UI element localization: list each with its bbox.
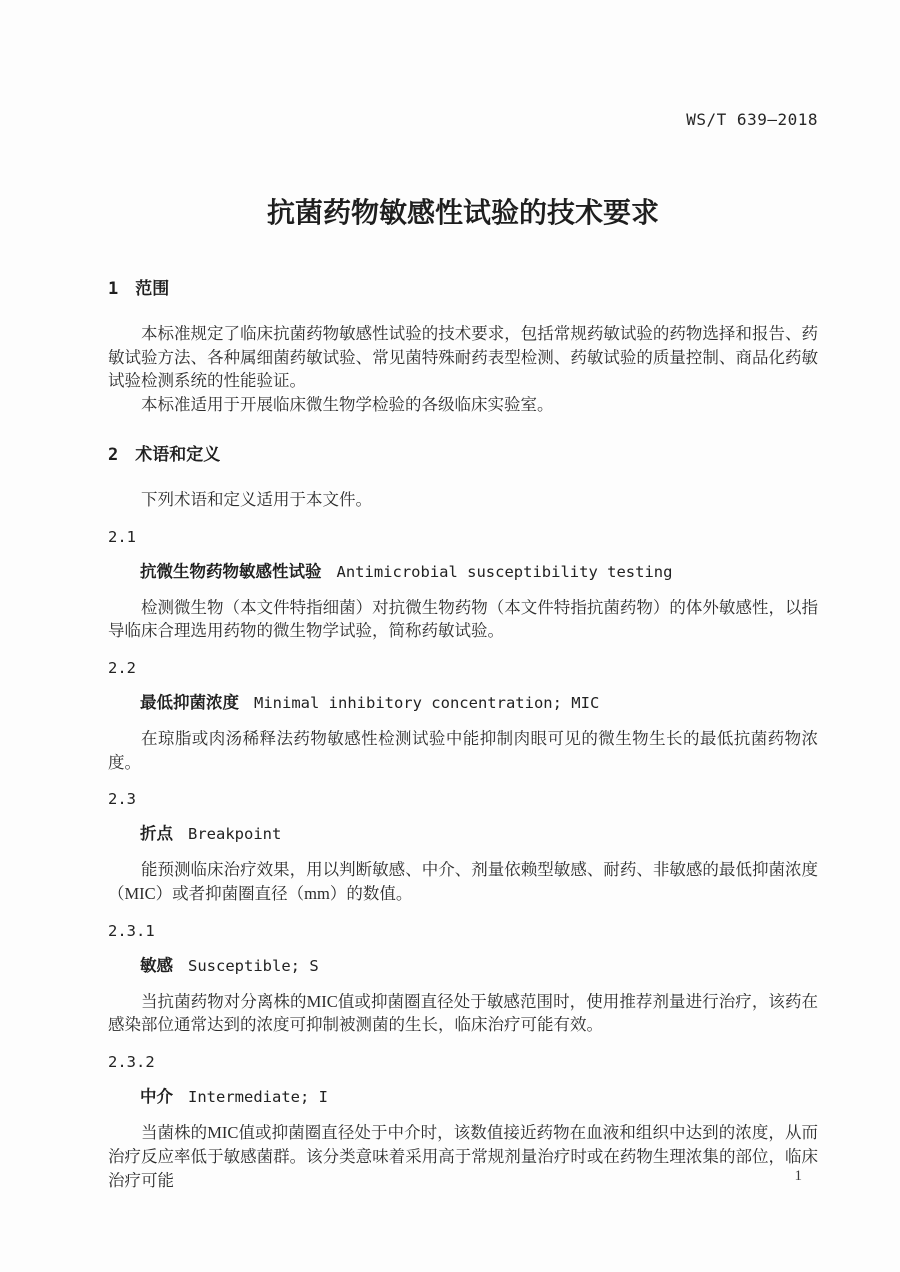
term-zh: 中介	[140, 1088, 173, 1106]
term-zh: 敏感	[140, 957, 173, 975]
term-definition: 在琼脂或肉汤稀释法药物敏感性检测试验中能抑制肉眼可见的微生物生长的最低抗菌药物浓…	[108, 727, 818, 774]
term-number: 2.1	[108, 525, 818, 549]
document-title: 抗菌药物敏感性试验的技术要求	[108, 196, 818, 230]
term-zh: 抗微生物药物敏感性试验	[140, 563, 322, 581]
scope-paragraph-1: 本标准规定了临床抗菌药物敏感性试验的技术要求，包括常规药敏试验的药物选择和报告、…	[108, 322, 818, 393]
section-scope: 1范围 本标准规定了临床抗菌药物敏感性试验的技术要求，包括常规药敏试验的药物选择…	[108, 277, 818, 417]
term-en: Breakpoint	[188, 825, 281, 843]
section-2-title: 术语和定义	[135, 445, 220, 464]
term-title: 最低抑菌浓度Minimal inhibitory concentration; …	[108, 691, 818, 716]
term-number: 2.3.2	[108, 1050, 818, 1074]
terms-intro: 下列术语和定义适用于本文件。	[108, 488, 818, 512]
section-2-number: 2	[108, 445, 118, 465]
term-title: 抗微生物药物敏感性试验Antimicrobial susceptibility …	[108, 560, 818, 585]
term-number: 2.3.1	[108, 919, 818, 943]
term-title: 敏感Susceptible; S	[108, 954, 818, 979]
term-block-2-3: 2.3 折点Breakpoint 能预测临床治疗效果，用以判断敏感、中介、剂量依…	[108, 787, 818, 905]
term-definition: 检测微生物（本文件特指细菌）对抗微生物药物（本文件特指抗菌药物）的体外敏感性，以…	[108, 596, 818, 643]
term-en: Antimicrobial susceptibility testing	[337, 563, 673, 581]
term-block-2-3-2: 2.3.2 中介Intermediate; I 当菌株的MIC值或抑菌圈直径处于…	[108, 1050, 818, 1192]
term-block-2-3-1: 2.3.1 敏感Susceptible; S 当抗菌药物对分离株的MIC值或抑菌…	[108, 919, 818, 1037]
term-block-2-1: 2.1 抗微生物药物敏感性试验Antimicrobial susceptibil…	[108, 525, 818, 643]
section-1-title: 范围	[135, 279, 169, 298]
scope-paragraph-2: 本标准适用于开展临床微生物学检验的各级临床实验室。	[108, 393, 818, 417]
section-terms: 2术语和定义 下列术语和定义适用于本文件。 2.1 抗微生物药物敏感性试验Ant…	[108, 443, 818, 1192]
term-title: 中介Intermediate; I	[108, 1085, 818, 1110]
term-definition: 当菌株的MIC值或抑菌圈直径处于中介时，该数值接近药物在血液和组织中达到的浓度，…	[108, 1121, 818, 1192]
standard-code: WS/T 639—2018	[686, 110, 818, 129]
page-footer: 1	[795, 1166, 803, 1186]
term-title: 折点Breakpoint	[108, 822, 818, 847]
term-block-2-2: 2.2 最低抑菌浓度Minimal inhibitory concentrati…	[108, 656, 818, 774]
page-header: WS/T 639—2018	[108, 110, 818, 130]
term-definition: 当抗菌药物对分离株的MIC值或抑菌圈直径处于敏感范围时，使用推荐剂量进行治疗，该…	[108, 990, 818, 1037]
section-1-heading: 1范围	[108, 277, 818, 301]
term-definition: 能预测临床治疗效果，用以判断敏感、中介、剂量依赖型敏感、耐药、非敏感的最低抑菌浓…	[108, 858, 818, 905]
page-number: 1	[795, 1168, 803, 1184]
term-en: Minimal inhibitory concentration; MIC	[254, 694, 599, 712]
term-zh: 最低抑菌浓度	[140, 694, 239, 712]
term-number: 2.3	[108, 787, 818, 811]
section-1-number: 1	[108, 279, 118, 299]
term-en: Susceptible; S	[188, 957, 319, 975]
term-zh: 折点	[140, 825, 173, 843]
term-en: Intermediate; I	[188, 1088, 328, 1106]
term-number: 2.2	[108, 656, 818, 680]
document-page: WS/T 639—2018 抗菌药物敏感性试验的技术要求 1范围 本标准规定了临…	[0, 0, 900, 1272]
section-2-heading: 2术语和定义	[108, 443, 818, 467]
